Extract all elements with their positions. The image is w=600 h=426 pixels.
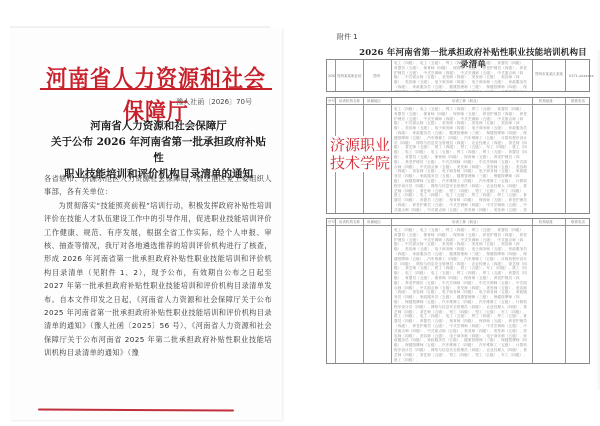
red-divider-top xyxy=(40,88,272,90)
institution-name-line-1: 济源职业 xyxy=(329,136,391,154)
column-divider xyxy=(565,60,566,91)
header-cell: 机构地址 xyxy=(539,99,553,104)
table-block-2: 序号 培训机构名称 所属地区 培训工种（职业） 机构地址 联系电话 电工（四级）… xyxy=(326,97,590,214)
document-number: 豫人社函〔2026〕70号 xyxy=(176,97,252,107)
title-line-2: 关于公布 2026 年河南省第一批承担政府补贴性 xyxy=(46,134,271,166)
page-edge xyxy=(596,50,600,390)
header-cell: 序号 xyxy=(328,99,335,104)
column-divider xyxy=(363,60,364,91)
phone: 0371-xxxxxxx xyxy=(569,74,594,78)
header-cell: 所属地区 xyxy=(367,99,381,104)
notice-body: 各省辖市、济源示范区人力资源社会保障局，航空港区党工委组织人事部，各有关单位： … xyxy=(44,172,272,387)
address: 郑州市某某区某某路 xyxy=(535,72,563,77)
table-header-row: 序号 培训机构名称 所属地区 培训工种（职业） 机构地址 联系电话 xyxy=(327,219,589,226)
header-cell: 联系电话 xyxy=(571,220,585,225)
title-line-1: 河南省人力资源和社会保障厅 xyxy=(46,118,271,134)
occupation-list: 电工（四级）、电工（五级）、焊工（四级）、焊工（五级）、育婴员（四级）、育婴员（… xyxy=(394,107,530,213)
highlighted-institution-name: 济源职业 技术学院 xyxy=(329,136,391,172)
column-divider xyxy=(363,219,364,363)
column-divider xyxy=(565,219,566,363)
column-divider xyxy=(532,98,533,213)
attachment-list-page: 附件 1 2026 年河南省第一批承担政府补贴性职业技能培训机构目录清单 208… xyxy=(318,10,600,426)
salutation: 各省辖市、济源示范区人力资源社会保障局，航空港区党工委组织人事部，各有关单位： xyxy=(44,172,272,199)
header-cell: 机构地址 xyxy=(539,220,553,225)
red-divider-bottom xyxy=(38,408,234,411)
column-divider xyxy=(335,219,336,363)
attachment-label: 附件 1 xyxy=(337,32,358,42)
column-divider xyxy=(391,219,392,363)
notice-document-page: 河南省人力资源和社会保障厅 豫人社函〔2026〕70号 河南省人力资源和社会保障… xyxy=(10,28,282,420)
table-block-3: 序号 培训机构名称 所属地区 培训工种（职业） 机构地址 联系电话 电工（四级）… xyxy=(326,218,590,364)
header-cell: 培训工种（职业） xyxy=(452,99,480,104)
column-divider xyxy=(391,60,392,91)
header-cell: 所属地区 xyxy=(367,220,381,225)
header-cell: 培训机构名称 xyxy=(339,99,360,104)
page-edge xyxy=(10,26,270,28)
region: 郑州 xyxy=(373,74,380,79)
header-cell: 培训工种（职业） xyxy=(452,220,480,225)
header-cell: 联系电话 xyxy=(571,99,585,104)
column-divider xyxy=(532,60,533,91)
occupation-list: 电工（四级）、电工（五级）、焊工（四级）、焊工（五级）、育婴员（四级）、育婴员（… xyxy=(394,228,530,363)
institution-name-line-2: 技术学院 xyxy=(329,154,391,172)
row-number: 208 xyxy=(328,74,335,78)
table-block-1: 208 郑州某某职业培训学校 郑州 电工（四级）、电工（五级）、焊工（四级）、焊… xyxy=(326,59,590,92)
header-cell: 序号 xyxy=(328,220,335,225)
column-divider xyxy=(565,98,566,213)
column-divider xyxy=(532,219,533,363)
body-paragraph: 为贯彻落实“技能照亮前程”培训行动，积极发挥政府补贴性培训评价在技能人才队伍建设… xyxy=(44,199,272,387)
table-header-row: 序号 培训机构名称 所属地区 培训工种（职业） 机构地址 联系电话 xyxy=(327,98,589,105)
column-divider xyxy=(391,98,392,213)
column-divider xyxy=(335,60,336,91)
institution-name: 郑州某某职业培训学校 xyxy=(337,74,362,79)
occupation-list: 电工（四级）、电工（五级）、焊工（四级）、焊工（五级）、育婴员（四级）、育婴员（… xyxy=(394,61,530,91)
header-cell: 培训机构名称 xyxy=(339,220,360,225)
